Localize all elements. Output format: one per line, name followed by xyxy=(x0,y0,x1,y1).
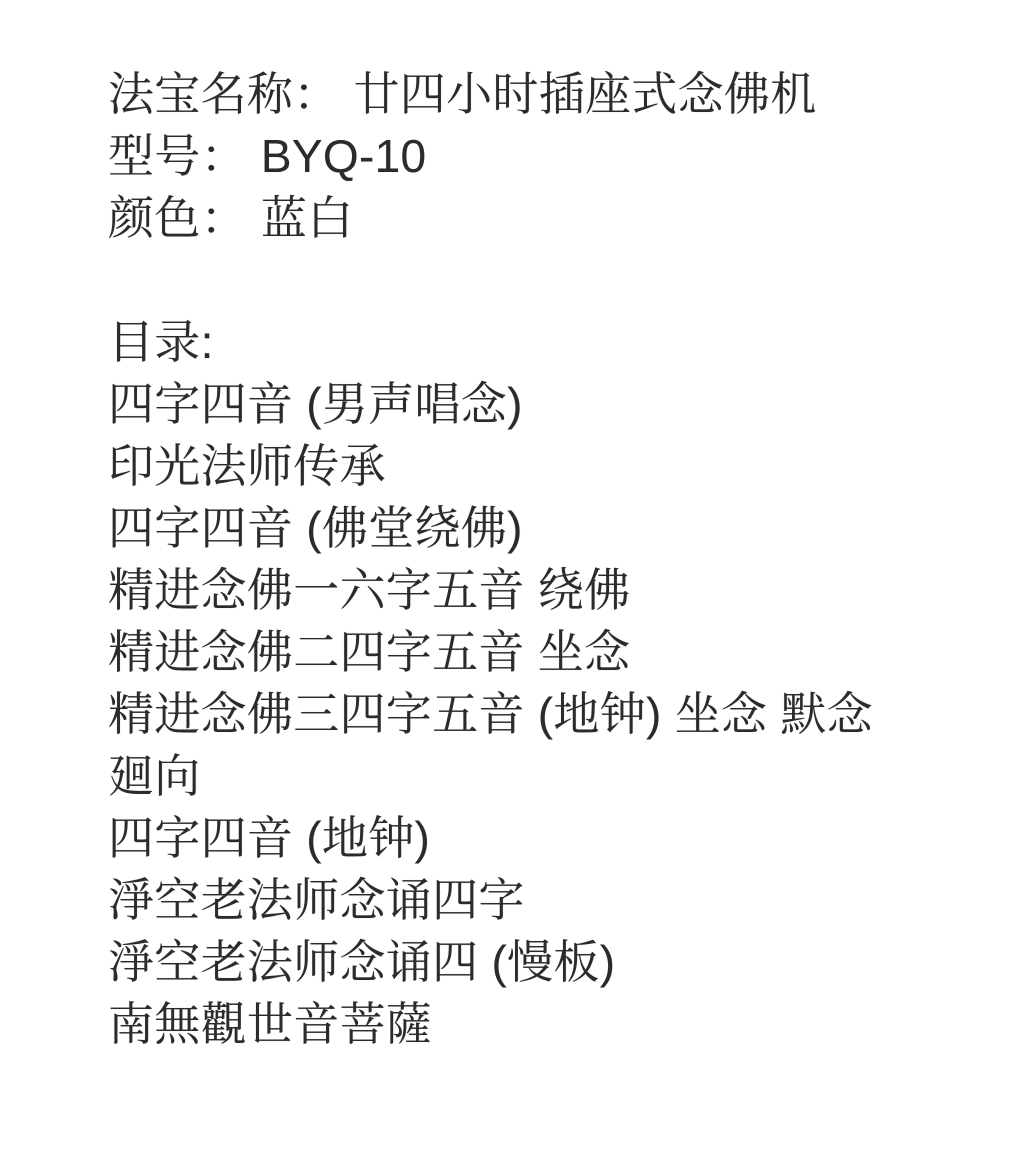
catalog-heading: 目录: xyxy=(108,311,880,373)
track-item: 淨空老法师念诵四 (慢板) xyxy=(108,931,880,993)
document-page: 法宝名称：廿四小时插座式念佛机 型号：BYQ-10 颜色：蓝白 目录: 四字四音… xyxy=(0,0,1024,1174)
track-item: 四字四音 (男声唱念) xyxy=(108,373,880,435)
model-label: 型号： xyxy=(108,130,247,182)
product-name-value: 廿四小时插座式念佛机 xyxy=(354,68,817,120)
product-name-line: 法宝名称：廿四小时插座式念佛机 xyxy=(108,63,880,125)
model-value: BYQ-10 xyxy=(261,130,426,182)
product-description: 法宝名称：廿四小时插座式念佛机 型号：BYQ-10 颜色：蓝白 目录: 四字四音… xyxy=(0,0,880,1055)
track-list: 四字四音 (男声唱念)印光法师传承四字四音 (佛堂绕佛)精进念佛一六字五音 绕佛… xyxy=(108,373,880,1055)
track-item: 四字四音 (地钟) xyxy=(108,807,880,869)
color-label: 颜色： xyxy=(108,192,247,244)
track-item: 精进念佛三四字五音 (地钟) 坐念 默念 廻向 xyxy=(108,683,880,807)
track-item: 印光法师传承 xyxy=(108,435,880,497)
model-line: 型号：BYQ-10 xyxy=(108,125,880,187)
color-line: 颜色：蓝白 xyxy=(108,187,880,249)
product-name-label: 法宝名称： xyxy=(108,68,340,120)
color-value: 蓝白 xyxy=(261,192,354,244)
track-item: 精进念佛一六字五音 绕佛 xyxy=(108,559,880,621)
track-item: 精进念佛二四字五音 坐念 xyxy=(108,621,880,683)
track-item: 淨空老法师念诵四字 xyxy=(108,869,880,931)
track-item: 南無觀世音菩薩 xyxy=(108,993,880,1055)
track-item: 四字四音 (佛堂绕佛) xyxy=(108,497,880,559)
